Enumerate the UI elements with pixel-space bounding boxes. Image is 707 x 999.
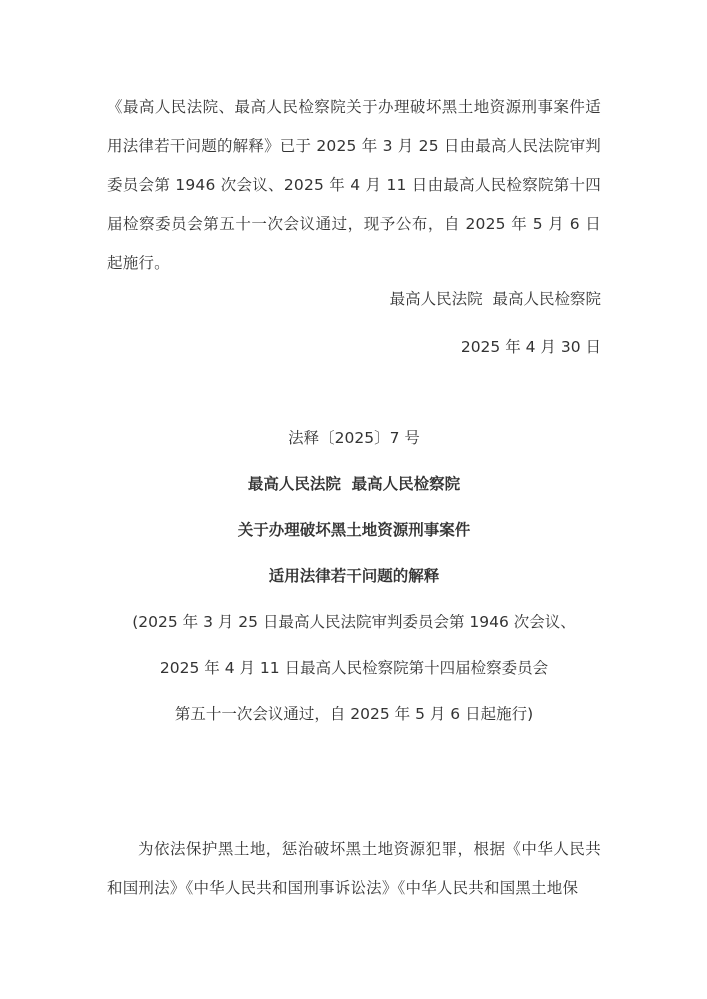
adoption-note-line-1: (2025 年 3 月 25 日最高人民法院审判委员会第 1946 次会议、	[107, 610, 601, 634]
signature-date: 2025 年 4 月 30 日	[461, 335, 601, 359]
intro-paragraph: 《最高人民法院、最高人民检察院关于办理破坏黑土地资源刑事案件适用法律若干问题的解…	[107, 88, 601, 283]
body-paragraph: 为依法保护黑土地，惩治破坏黑土地资源犯罪，根据《中华人民共和国刑法》《中华人民共…	[107, 830, 601, 908]
document-title-line-1: 最高人民法院 最高人民检察院	[107, 472, 601, 496]
adoption-note-line-3: 第五十一次会议通过，自 2025 年 5 月 6 日起施行)	[107, 702, 601, 726]
document-title-line-3: 适用法律若干问题的解释	[107, 564, 601, 588]
adoption-note-line-2: 2025 年 4 月 11 日最高人民检察院第十四届检察委员会	[107, 656, 601, 680]
issuer-signature: 最高人民法院 最高人民检察院	[390, 287, 601, 311]
document-title-line-2: 关于办理破坏黑土地资源刑事案件	[107, 518, 601, 542]
document-number: 法释〔2025〕7 号	[107, 426, 601, 450]
